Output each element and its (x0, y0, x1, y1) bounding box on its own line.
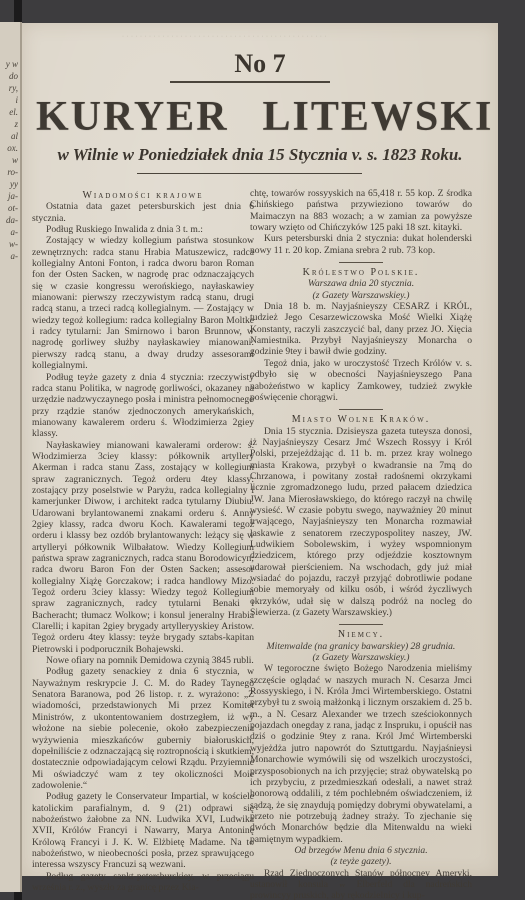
section-subheading: (z teyże gazety). (250, 856, 472, 867)
divider (339, 409, 383, 410)
section-heading: Niemcy. (250, 629, 472, 640)
newspaper-page: · · · · · · · · · · · · · · · · · · · · … (22, 23, 498, 876)
divider (170, 81, 330, 83)
paragraph: Podług gazety sankt-petersburskiey, w pr… (32, 871, 254, 894)
fragment: ro- (0, 166, 20, 178)
newspaper-title: KURYERLITEWSKI (36, 93, 484, 141)
fragment: da- (0, 214, 20, 226)
bleed-through-text: · · · · · · · · · · · · · · · · · · · · … (122, 33, 492, 41)
section-heading: Wiadomości krajowe (32, 190, 254, 201)
section-heading: Królestwo Polskie. (250, 267, 472, 278)
paragraph: chtę, towarów rossyyskich na 65,418 r. 5… (250, 188, 472, 233)
right-column: chtę, towarów rossyyskich na 65,418 r. 5… (250, 188, 472, 900)
paragraph: Dnia 18 b. m. Nayjaśnieyszy CESARZ i KRÓ… (250, 301, 472, 358)
divider (339, 624, 383, 625)
paragraph: Podług gazety le Conservateur Impartial,… (32, 791, 254, 870)
section-subheading: (z Gazety Warszawskiey.) (250, 290, 472, 301)
paragraph: W tegoroczne święto Bożego Narodzenia mi… (250, 663, 472, 845)
book-spine-top (14, 0, 22, 24)
paragraph: Tegoż dnia, jako w uroczystość Trzech Kr… (250, 358, 472, 403)
dateline: w Wilnie w Poniedziałek dnia 15 Stycznia… (42, 145, 478, 165)
fragment: ot- (0, 202, 20, 214)
paragraph: Podług gazety senackiey z dnia 6 styczni… (32, 666, 254, 791)
left-column: Wiadomości krajowe Ostatnia data gazet p… (32, 188, 254, 893)
divider (339, 262, 383, 263)
paragraph: Podług teyże gazety z dnia 4 stycznia: r… (32, 372, 254, 440)
section-subheading: Mitenwalde (na granicy bawarskiey) 28 gr… (250, 641, 472, 652)
title-word: LITEWSKI (263, 94, 494, 140)
paragraph: Rząd Zjednoczonych Stanów północney Amer… (250, 868, 472, 900)
paragraph: Ostatnia data gazet petersburskich jest … (32, 201, 254, 224)
section-subheading: (z Gazety Warszawskiey.) (250, 652, 472, 663)
fragment: do (0, 70, 20, 82)
fragment: yy (0, 178, 20, 190)
title-word: KURYER (36, 94, 229, 140)
fragment: ja- (0, 190, 20, 202)
paragraph: Nayłaskawiey mianowani kawalerami ordero… (32, 440, 254, 656)
issue-number: No 7 (22, 49, 498, 79)
fragment: w (0, 154, 20, 166)
fragment: ry, (0, 82, 20, 94)
fragment: a- (0, 226, 20, 238)
divider (137, 173, 362, 174)
paragraph: Kurs petersburski dnia 2 stycznia: dukat… (250, 233, 472, 256)
paragraph: Nowe ofiary na pomnik Demidowa czynią 38… (32, 655, 254, 666)
paragraph: Podług Ruskiego Inwalida z dnia 3 t. m.: (32, 224, 254, 235)
previous-page-edge: y w do ry, i el. z al ox. w ro- yy ja- o… (0, 22, 22, 892)
paragraph: Zostający w wiedzy kollegium państwa sto… (32, 235, 254, 371)
fragment: i (0, 94, 20, 106)
section-heading: Miasto Wolne Kraków. (250, 414, 472, 425)
fragment: el. (0, 106, 20, 118)
fragment: z (0, 118, 20, 130)
fragment: al (0, 130, 20, 142)
fragment: ox. (0, 142, 20, 154)
fragment: y w (0, 58, 20, 70)
paragraph: Dnia 15 stycznia. Dzisieysza gazeta tute… (250, 426, 472, 619)
fragment: a- (0, 250, 20, 262)
section-subheading: Od brzegów Menu dnia 6 stycznia. (250, 845, 472, 856)
fragment: w- (0, 238, 20, 250)
section-subheading: Warszawa dnia 20 stycznia. (250, 278, 472, 289)
